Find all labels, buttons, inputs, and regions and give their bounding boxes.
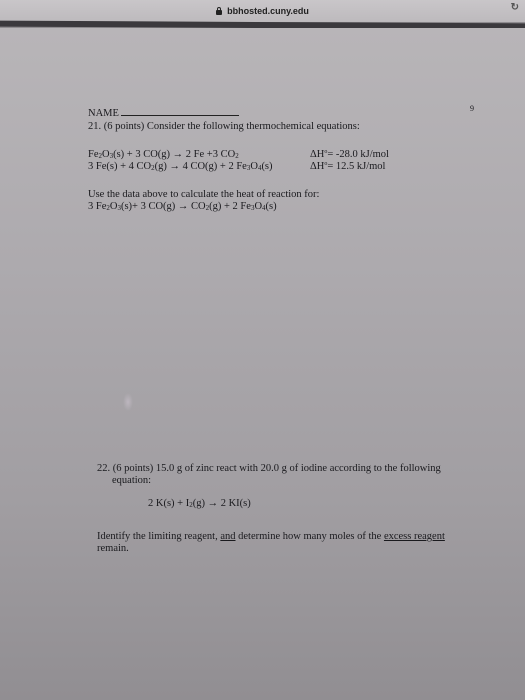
q21-target-equation: 3 Fe2O3(s)+ 3 CO(g) → CO2(g) + 2 Fe3O4(s…: [88, 201, 277, 214]
q22-title: 22. (6 points) 15.0 g of zinc react with…: [97, 463, 441, 476]
q21-instruction: Use the data above to calculate the heat…: [88, 189, 319, 202]
enthalpy-value: ΔHo= -28.0 kJ/mol: [310, 149, 389, 162]
name-label: NAME: [88, 108, 119, 119]
browser-address-bar[interactable]: bbhosted.cuny.edu ↻: [0, 0, 525, 22]
q22-instruction: Identify the limiting reagent, and deter…: [97, 531, 445, 544]
equation-text: 3 Fe(s) + 4 CO2(g) → 4 CO(g) + 2 Fe3O4(s…: [88, 161, 273, 172]
page-number: 9: [470, 103, 474, 116]
q21-title: 21. (6 points) Consider the following th…: [88, 121, 360, 134]
q21-equation-1: Fe2O3(s) + 3 CO(g) → 2 Fe +3 CO2 ΔHo= -2…: [88, 149, 239, 162]
q22-instruction-continued: remain.: [97, 543, 129, 556]
enthalpy-value: ΔHo= 12.5 kJ/mol: [310, 161, 385, 174]
q22-title-continued: equation:: [112, 475, 151, 488]
emphasis-excess-reagent: excess reagent: [384, 531, 445, 542]
emphasis-and: and: [220, 531, 235, 542]
document-page: 9 NAME 21. (6 points) Consider the follo…: [0, 28, 525, 700]
q21-equation-2: 3 Fe(s) + 4 CO2(g) → 4 CO(g) + 2 Fe3O4(s…: [88, 161, 273, 174]
lock-icon: [216, 10, 222, 15]
q22-equation: 2 K(s) + I2(g) → 2 KI(s): [148, 498, 251, 511]
name-field: NAME: [88, 108, 239, 121]
name-blank: [121, 115, 239, 116]
reload-icon[interactable]: ↻: [511, 2, 519, 13]
photo-artifact: [123, 393, 133, 411]
equation-text: Fe2O3(s) + 3 CO(g) → 2 Fe +3 CO2: [88, 149, 239, 160]
url-text: bbhosted.cuny.edu: [227, 6, 309, 16]
